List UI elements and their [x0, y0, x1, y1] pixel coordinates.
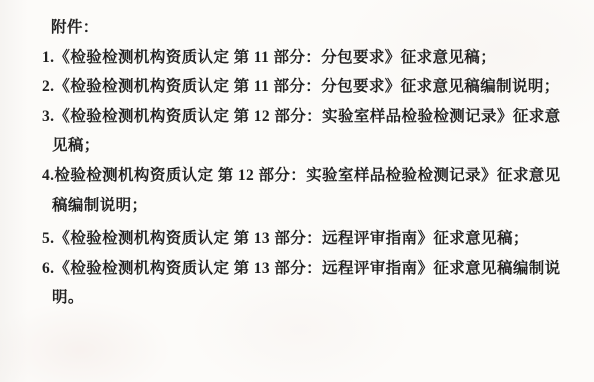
scanned-document-page: 附件： 1.《检验检测机构资质认定 第 11 部分：分包要求》征求意见稿； 2.… — [0, 0, 594, 382]
attachment-line: 4.检验检测机构资质认定 第 12 部分：实验室样品检验检测记录》征求意见 — [42, 161, 566, 191]
attachment-line-continuation: 明。 — [42, 283, 566, 313]
attachment-line: 5.《检验检测机构资质认定 第 13 部分：远程评审指南》征求意见稿； — [42, 224, 566, 254]
attachment-item-6: 6.《检验检测机构资质认定 第 13 部分：远程评审指南》征求意见稿编制说 明。 — [42, 254, 566, 313]
attachment-line: 1.《检验检测机构资质认定 第 11 部分：分包要求》征求意见稿； — [42, 43, 566, 73]
attachment-list: 附件： 1.《检验检测机构资质认定 第 11 部分：分包要求》征求意见稿； 2.… — [0, 0, 594, 313]
attachment-line: 2.《检验检测机构资质认定 第 11 部分：分包要求》征求意见稿编制说明； — [42, 72, 566, 102]
attachment-item-1: 1.《检验检测机构资质认定 第 11 部分：分包要求》征求意见稿； — [42, 43, 566, 73]
attachments-heading: 附件： — [42, 13, 566, 43]
attachment-line: 6.《检验检测机构资质认定 第 13 部分：远程评审指南》征求意见稿编制说 — [42, 254, 566, 284]
attachment-item-5: 5.《检验检测机构资质认定 第 13 部分：远程评审指南》征求意见稿； — [42, 224, 566, 254]
attachment-line-continuation: 见稿； — [42, 131, 566, 161]
attachment-item-2: 2.《检验检测机构资质认定 第 11 部分：分包要求》征求意见稿编制说明； — [42, 72, 566, 102]
attachment-item-3: 3.《检验检测机构资质认定 第 12 部分：实验室样品检验检测记录》征求意 见稿… — [42, 102, 566, 161]
attachment-line-continuation: 稿编制说明； — [42, 191, 566, 221]
attachment-item-4: 4.检验检测机构资质认定 第 12 部分：实验室样品检验检测记录》征求意见 稿编… — [42, 161, 566, 220]
attachment-line: 3.《检验检测机构资质认定 第 12 部分：实验室样品检验检测记录》征求意 — [42, 102, 566, 132]
